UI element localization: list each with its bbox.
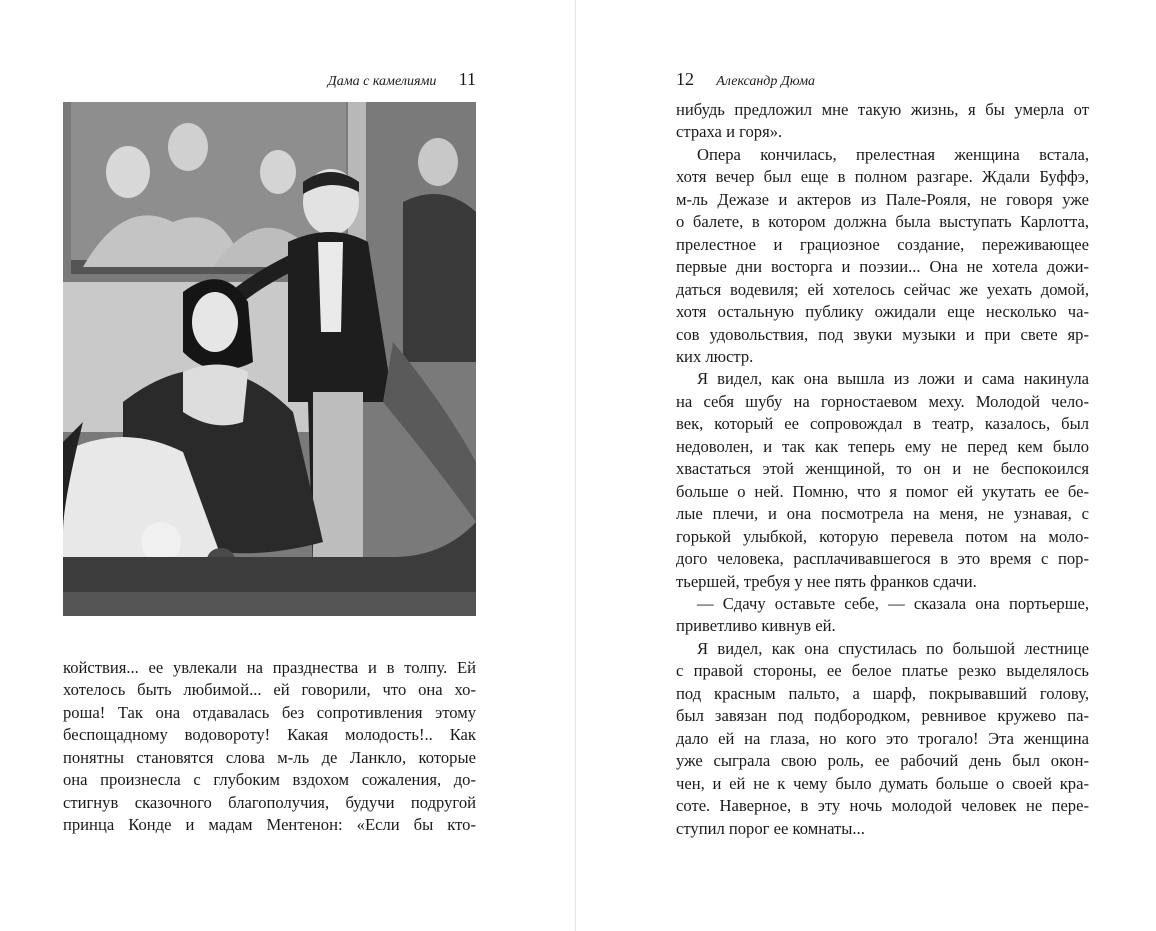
text-line: соте. Наверное, в эту ночь молодой челов… — [676, 795, 1089, 817]
illustration-image — [63, 102, 476, 616]
page-number: 12 — [676, 69, 694, 89]
text-line: горькой улыбкой, которую перевела потом … — [676, 526, 1089, 548]
book-illustration — [63, 102, 476, 616]
text-line: век, который ее сопровождал в театр, каз… — [676, 413, 1089, 435]
running-head-title: Дама с камелиями — [328, 74, 437, 89]
text-line: дого человека, расплачивавшегося в это в… — [676, 548, 1089, 570]
text-line: дало ей на глаза, но кого это трогало! Э… — [676, 728, 1089, 750]
right-running-head: 12 Александр Дюма — [676, 68, 815, 93]
text-line: ких люстр. — [676, 346, 1089, 368]
text-line: даться водевиля; ей хотелось сейчас же у… — [676, 279, 1089, 301]
text-line: сов удовольствия, под звуки музыки и при… — [676, 324, 1089, 346]
left-page: Дама с камелиями 11 — [0, 0, 575, 931]
text-line: хотелось быть любимой... ей говорили, чт… — [63, 679, 476, 701]
text-line: койствия... ее увлекали на празднества и… — [63, 657, 476, 679]
text-line: она произнесла с глубоким вздохом сожале… — [63, 769, 476, 791]
text-line: первые дни восторга и поэзии... Она не х… — [676, 256, 1089, 278]
page-number: 11 — [459, 69, 476, 89]
text-line: м-ль Дежазе и актеров из Пале-Рояля, не … — [676, 189, 1089, 211]
text-line: на себя шубу на горностаевом меху. Молод… — [676, 391, 1089, 413]
text-line: тьершей, требуя у нее пять франков сдачи… — [676, 571, 1089, 593]
text-line: принца Конде и мадам Ментенон: «Если бы … — [63, 814, 476, 836]
text-line: Я видел, как она вышла из ложи и сама на… — [676, 368, 1089, 390]
text-line: хотя вечер был еще в полном разгаре. Жда… — [676, 166, 1089, 188]
text-line: был завязан под подбородком, ревнивое кр… — [676, 705, 1089, 727]
right-page-body-text: нибудь предложил мне такую жизнь, я бы у… — [676, 99, 1089, 840]
text-line: хвастаться этой женщиной, то он и не бес… — [676, 458, 1089, 480]
text-line: Опера кончилась, прелестная женщина вста… — [676, 144, 1089, 166]
text-line: больше о ней. Помню, что я помог ей укут… — [676, 481, 1089, 503]
text-line: уже сыграла свою роль, ее рабочий день б… — [676, 750, 1089, 772]
text-line: Я видел, как она спустилась по большой л… — [676, 638, 1089, 660]
text-line: о балете, в котором должна была выступат… — [676, 211, 1089, 233]
text-line: лые плечи, и она посмотрела на меня, не … — [676, 503, 1089, 525]
left-page-body-text: койствия... ее увлекали на празднества и… — [63, 657, 476, 837]
text-line: стигнув сказочного благополучия, будучи … — [63, 792, 476, 814]
text-line: понятны становятся слова м-ль де Ланкло,… — [63, 747, 476, 769]
text-line: нибудь предложил мне такую жизнь, я бы у… — [676, 99, 1089, 121]
running-head-title: Александр Дюма — [716, 74, 815, 89]
text-line: чен, и ей не к чему было думать больше о… — [676, 773, 1089, 795]
text-line: под красным пальто, а шарф, покрывавший … — [676, 683, 1089, 705]
right-page: 12 Александр Дюма нибудь предложил мне т… — [576, 0, 1156, 931]
text-line: — Сдачу оставьте себе, — сказала она пор… — [676, 593, 1089, 615]
text-line: ступил порог ее комнаты... — [676, 818, 1089, 840]
text-line: беспощадному водовороту! Какая молодость… — [63, 724, 476, 746]
text-line: роша! Так она отдавалась без сопротивлен… — [63, 702, 476, 724]
text-line: хотя остальную публику ожидали еще неско… — [676, 301, 1089, 323]
text-line: с правой стороны, ее белое платье резко … — [676, 660, 1089, 682]
text-line: недоволен, и так как теперь ему не перед… — [676, 436, 1089, 458]
text-line: прелестное и грациозное создание, пережи… — [676, 234, 1089, 256]
text-line: приветливо кивнув ей. — [676, 615, 1089, 637]
text-line: страха и горя». — [676, 121, 1089, 143]
left-running-head: Дама с камелиями 11 — [328, 68, 476, 93]
